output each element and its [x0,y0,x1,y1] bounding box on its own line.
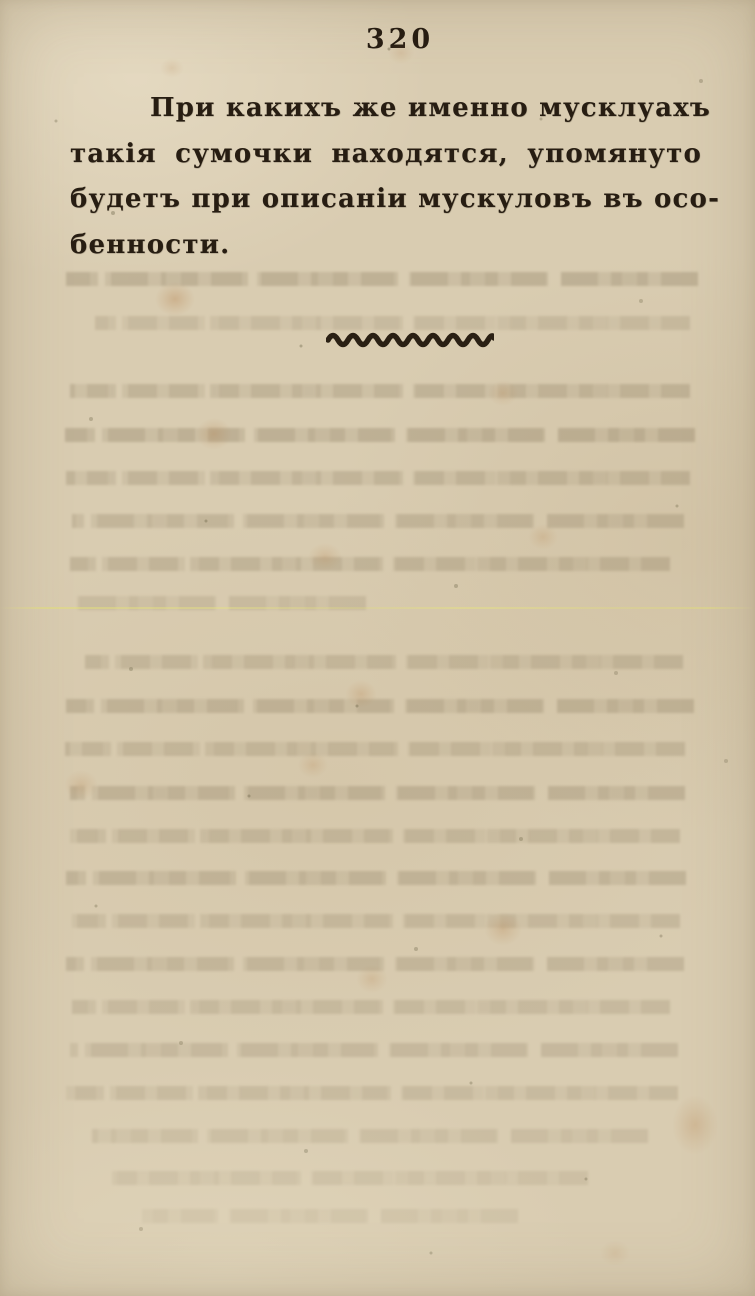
crease-line [0,607,755,609]
paragraph-line-3: будетъ при описаніи мускуловъ въ осо- [70,177,702,223]
paragraph: При какихъ же именно мусклуахъ такія сум… [70,86,702,268]
book-page: 320 При какихъ же именно мусклуахъ такія… [0,0,755,1296]
paragraph-line-2: такія сумочки находятся, упомянуто [70,132,702,178]
paper-fibre-specks [0,0,2,2]
paragraph-line-4: бенности. [70,223,702,269]
wavy-divider-icon [326,328,494,348]
paragraph-line-1: При какихъ же именно мусклуахъ [70,86,702,132]
